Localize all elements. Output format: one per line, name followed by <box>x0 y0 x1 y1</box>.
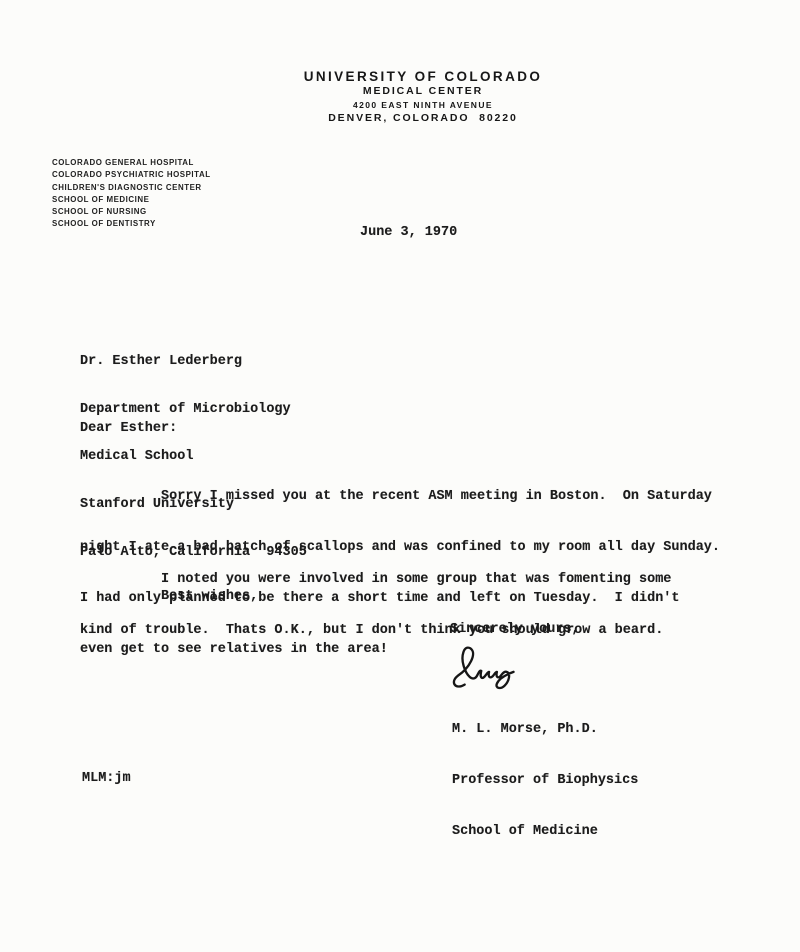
institution-item: COLORADO PSYCHIATRIC HOSPITAL <box>52 169 211 181</box>
signer-block: M. L. Morse, Ph.D. Professor of Biophysi… <box>452 687 638 874</box>
recipient-name: Dr. Esther Lederberg <box>80 354 307 370</box>
signer-name: M. L. Morse, Ph.D. <box>452 721 638 738</box>
letterhead-university: UNIVERSITY OF COLORADO <box>46 69 800 84</box>
institution-item: SCHOOL OF MEDICINE <box>52 194 211 206</box>
recipient-department: Department of Microbiology <box>80 402 307 418</box>
letterhead-city-zip: DENVER, COLORADO 80220 <box>46 112 800 124</box>
valediction: Sincerely yours, <box>450 621 580 638</box>
body-line: kind of trouble. Thats O.K., but I don't… <box>80 622 671 639</box>
letterhead-address: 4200 EAST NINTH AVENUE <box>46 100 800 110</box>
body-line: I noted you were involved in some group … <box>80 571 671 588</box>
letter-date: June 3, 1970 <box>360 224 457 241</box>
letterhead-medical-center: MEDICAL CENTER <box>46 85 800 97</box>
regards-line: Best wishes, <box>80 588 258 605</box>
institution-item: COLORADO GENERAL HOSPITAL <box>52 157 211 169</box>
body-paragraph-2: I noted you were involved in some group … <box>80 537 671 673</box>
institution-list: COLORADO GENERAL HOSPITAL COLORADO PSYCH… <box>52 157 211 231</box>
institution-item: SCHOOL OF NURSING <box>52 206 211 218</box>
salutation: Dear Esther: <box>80 420 177 437</box>
body-line: Sorry I missed you at the recent ASM mee… <box>80 488 720 505</box>
signer-title: Professor of Biophysics <box>452 772 638 789</box>
letter-page: UNIVERSITY OF COLORADO MEDICAL CENTER 42… <box>0 0 800 952</box>
signature-script-icon <box>449 641 537 691</box>
signature <box>449 641 537 691</box>
institution-item: SCHOOL OF DENTISTRY <box>52 218 211 230</box>
typist-reference: MLM:jm <box>82 770 131 787</box>
signer-department: School of Medicine <box>452 823 638 840</box>
institution-item: CHILDREN'S DIAGNOSTIC CENTER <box>52 182 211 194</box>
